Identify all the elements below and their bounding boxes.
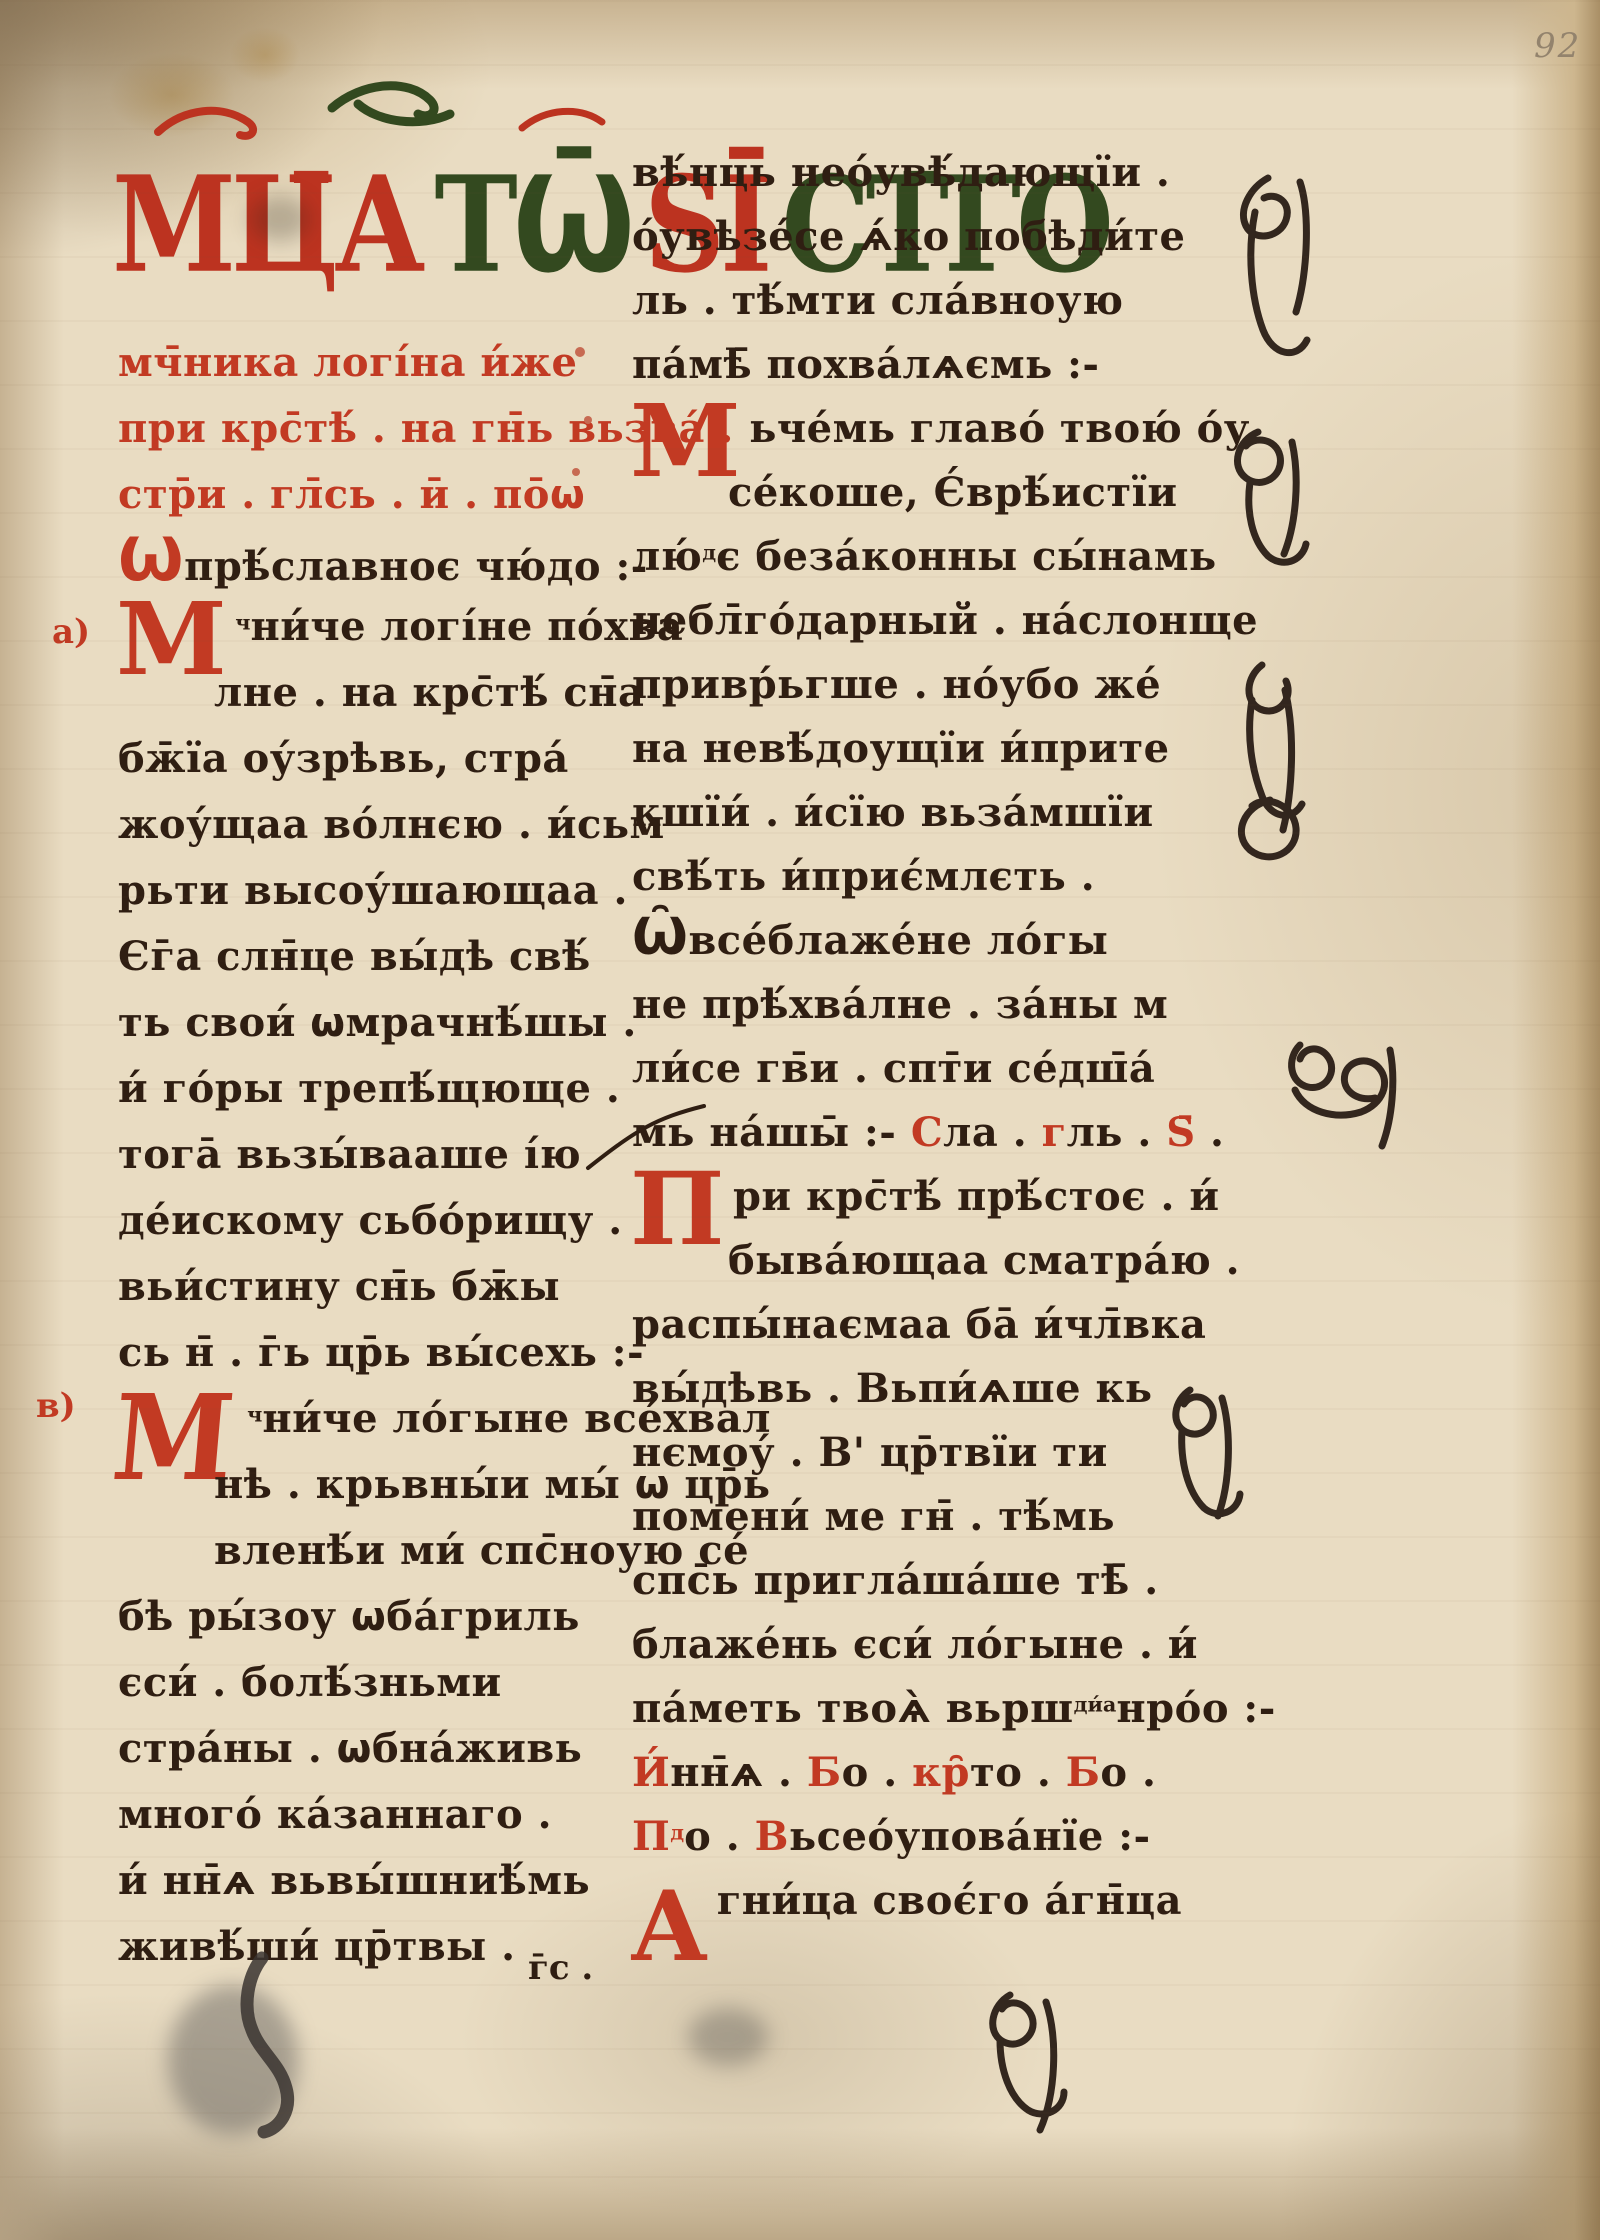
text-segment: ль . тѣ́мти сла́вноую — [632, 277, 1124, 324]
text-line: Агни́ца своє́го а́гн̄ца — [632, 1876, 1152, 1940]
text-segment: вьи́стину сн̄ь бж̄ы — [118, 1263, 560, 1310]
text-segment: мч̄ника логі́на и́же — [118, 339, 577, 386]
text-segment: быва́ющаа сматра́ю . — [728, 1237, 1240, 1284]
ink-smudge-bottom-left — [168, 1985, 298, 2135]
text-segment: Ѕ̄ — [1166, 1109, 1195, 1156]
text-segment: ни́че логі́не по́хва — [250, 603, 683, 650]
text-line: спс̄ь пригла́ша́ше тѣ̄ . — [632, 1556, 1152, 1620]
text-line: и́ нн̄ѧ вьвы́шниѣ́мь — [118, 1856, 630, 1922]
text-segment: де́искому сьбо́рищу . — [118, 1197, 623, 1244]
text-segment: па́меть твоѧ̀ вьрш — [632, 1685, 1074, 1732]
text-segment: є беза́конны сы́намь — [716, 533, 1217, 580]
text-segment: гни́ца своє́го а́гн̄ца — [717, 1877, 1182, 1924]
text-line: се́коше, Є́врѣ́истїи — [632, 468, 1152, 532]
text-segment: д — [702, 540, 716, 565]
text-line: привр́ьгше . но́убо же́ — [632, 660, 1152, 724]
text-segment: блаже́нь єси́ ло́гыне . и́ — [632, 1621, 1198, 1668]
text-segment: П — [632, 1813, 670, 1860]
text-line: ли́се гв̄и . спт̄и се́дш̄а́ — [632, 1044, 1152, 1108]
text-line: распы́наємаа ба̄ и́чл̄вка — [632, 1300, 1152, 1364]
text-segment: мь на́шы̄ :- — [632, 1109, 911, 1156]
text-line: Мчни́че логі́не по́хва — [118, 602, 630, 668]
text-segment: г — [1042, 1109, 1067, 1156]
text-line: Пдо . Вьсео́упова́нїе :- — [632, 1812, 1152, 1876]
margin-scribble-4 — [1292, 1045, 1393, 1146]
text-segment: д — [670, 1820, 684, 1845]
text-segment: лю́ — [632, 533, 702, 580]
text-segment: о . — [1100, 1749, 1156, 1796]
text-segment: ль . — [1067, 1109, 1167, 1156]
text-line: лне . на крс̄тѣ́ сн̄а — [118, 668, 630, 734]
text-segment: и́ го́ры трепѣ́щюще . — [118, 1065, 620, 1112]
text-segment: на невѣ́доущїи и́прите — [632, 725, 1170, 772]
text-segment: нн̄ѧ . — [670, 1749, 807, 1796]
left-text-column: мч̄ника логі́на и́жепри крс̄тѣ́ . на гн̄… — [118, 338, 630, 1988]
text-line: єси́ . болѣ́зньми — [118, 1658, 630, 1724]
text-segment: . — [1196, 1109, 1225, 1156]
text-segment: рьти высоу́шающаа . — [118, 867, 628, 914]
manuscript-photo: { "page": { "folio_number": "92", "catch… — [0, 0, 1600, 2240]
text-segment: вы́дѣвь . Вьпи́ѧше кь — [632, 1365, 1152, 1412]
text-line: о́увѣзе́се ѧ́ко побѣди́те — [632, 212, 1152, 276]
text-segment: И́ — [632, 1749, 670, 1796]
text-line: небл̄го́дарный . на́слонще — [632, 596, 1152, 660]
right-text-column: вѣ́нць нео́увѣ́дающїи .о́увѣзе́се ѧ́ко п… — [632, 148, 1152, 1940]
text-segment: Ѡ̑ — [632, 907, 688, 967]
text-line: ль . тѣ́мти сла́вноую — [632, 276, 1152, 340]
text-segment: ди́а — [1074, 1692, 1117, 1717]
text-line: нємоу́ . В' цр̄твїи ти — [632, 1428, 1152, 1492]
text-segment: стра́ны . ѡбна́живь — [118, 1725, 582, 1772]
text-segment: ри крс̄тѣ́ прѣ́стоє . и́ — [733, 1173, 1220, 1220]
text-segment: ть свои́ ѡмрачнѣ́шы . — [118, 999, 637, 1046]
text-segment: ьсео́упова́нїе :- — [789, 1813, 1151, 1860]
text-line: свѣ́ть и́приє́млєть . — [632, 852, 1152, 916]
text-line: рьти высоу́шающаа . — [118, 866, 630, 932]
text-segment: Б — [807, 1749, 842, 1796]
text-line: вѣ́нць нео́увѣ́дающїи . — [632, 148, 1152, 212]
text-line: тога̄ вьзы́вааше і́ю — [118, 1130, 630, 1196]
text-segment: жоу́щаа во́лнєю . и́сьм — [118, 801, 665, 848]
text-line: при крс̄тѣ́ . на гн̄ь вьзва́ . — [118, 404, 630, 470]
text-segment: вѣ́нць нео́увѣ́дающїи . — [632, 149, 1170, 196]
text-segment: привр́ьгше . но́убо же́ — [632, 661, 1161, 708]
text-segment: єси́ . болѣ́зньми — [118, 1659, 502, 1706]
text-segment: Б — [1066, 1749, 1101, 1796]
text-line: Мьче́мь главо́ твою́ о́у — [632, 404, 1152, 468]
text-line: блаже́нь єси́ ло́гыне . и́ — [632, 1620, 1152, 1684]
text-segment: па́мѣ̄ похва́лѧємь :- — [632, 341, 1100, 388]
text-line: При крс̄тѣ́ прѣ́стоє . и́ — [632, 1172, 1152, 1236]
margin-scribble-1 — [1243, 178, 1307, 353]
margin-scribble-5 — [1176, 1390, 1240, 1516]
text-segment: ла . — [943, 1109, 1041, 1156]
text-line: много́ ка́заннаго . — [118, 1790, 630, 1856]
text-line: помени́ ме гн̄ . тѣ́мь — [632, 1492, 1152, 1556]
text-segment: о . — [842, 1749, 912, 1796]
text-line: Мчни́че ло́гыне все́хвал — [118, 1394, 630, 1460]
text-line: бѣ ры́зоу ѡба́гриль — [118, 1592, 630, 1658]
text-segment: живѣ́ши́ цр̄твы . — [118, 1923, 516, 1970]
text-line: И́нн̄ѧ . Бо . кр̑то . Бо . — [632, 1748, 1152, 1812]
text-segment: тога̄ вьзы́вааше і́ю — [118, 1131, 581, 1178]
title-group-2: ТѠ̄ — [434, 148, 630, 303]
text-line: на невѣ́доущїи и́прите — [632, 724, 1152, 788]
text-line: мч̄ника логі́на и́же — [118, 338, 630, 404]
text-segment: ч — [247, 1402, 262, 1427]
margin-stichera-mark-2: в) — [36, 1386, 76, 1426]
folio-number: 92 — [1534, 26, 1581, 66]
margin-scribble-6 — [993, 1995, 1064, 2130]
text-segment: А — [630, 1888, 709, 1967]
text-segment: се́коше, Є́врѣ́истїи — [728, 469, 1178, 516]
margin-scribble-3 — [1241, 665, 1302, 857]
text-segment: о . — [684, 1813, 754, 1860]
text-segment: ли́се гв̄и . спт̄и се́дш̄а́ — [632, 1045, 1155, 1092]
text-segment: кр̑ — [912, 1749, 970, 1796]
text-segment: бѣ ры́зоу ѡба́гриль — [118, 1593, 580, 1640]
text-segment: бж̄їа оу́зрѣвь, стра́ — [118, 735, 569, 782]
ink-smudge-bottom-center — [688, 2008, 768, 2066]
text-segment: лне . на крс̄тѣ́ сн̄а — [214, 669, 644, 716]
text-line: нѣ . крьвны́и мы́ ѡ цр̄ь — [118, 1460, 630, 1526]
text-line: Ѡ̑все́блаже́не ло́гы — [632, 916, 1152, 980]
text-segment: свѣ́ть и́приє́млєть . — [632, 853, 1095, 900]
text-line: ть свои́ ѡмрачнѣ́шы . — [118, 998, 630, 1064]
text-line: стра́ны . ѡбна́живь — [118, 1724, 630, 1790]
text-segment: прѣ́славноє чю́до :- — [184, 543, 648, 590]
text-segment: С — [911, 1109, 943, 1156]
text-segment: спс̄ь пригла́ша́ше тѣ̄ . — [632, 1557, 1159, 1604]
text-segment: ч — [235, 610, 250, 635]
margin-stichera-mark-1: а) — [52, 612, 90, 652]
text-segment: Єг̄а слн̄це вы́дѣ свѣ́ — [118, 933, 591, 980]
text-line: жоу́щаа во́лнєю . и́сьм — [118, 800, 630, 866]
text-segment: и́ нн̄ѧ вьвы́шниѣ́мь — [118, 1857, 590, 1904]
text-segment: кшїи́ . и́сїю вьза́мшїи — [632, 789, 1154, 836]
text-segment: небл̄го́дарный . на́слонще — [632, 597, 1258, 644]
text-line: па́меть твоѧ̀ вьршди́анро́о :- — [632, 1684, 1152, 1748]
text-line: бж̄їа оу́зрѣвь, стра́ — [118, 734, 630, 800]
text-segment: то . — [970, 1749, 1066, 1796]
ink-smudge-header — [250, 196, 310, 242]
text-segment: не прѣ́хва́лне . за́ны м — [632, 981, 1168, 1028]
text-line: вы́дѣвь . Вьпи́ѧше кь — [632, 1364, 1152, 1428]
text-line: не прѣ́хва́лне . за́ны м — [632, 980, 1152, 1044]
manuscript-page: МЦ̄АТѠ̄ЅІ̄СТ̄ГО мч̄ника логі́на и́жепри … — [0, 0, 1600, 2240]
text-segment: стр̄и . гл̄сь . ӣ . по̄ѡ — [118, 471, 585, 518]
text-line: де́искому сьбо́рищу . — [118, 1196, 630, 1262]
text-segment: все́блаже́не ло́гы — [688, 917, 1108, 964]
text-segment: помени́ ме гн̄ . тѣ́мь — [632, 1493, 1115, 1540]
text-line: Єг̄а слн̄це вы́дѣ свѣ́ — [118, 932, 630, 998]
text-segment: нємоу́ . В' цр̄твїи ти — [632, 1429, 1108, 1476]
text-segment: распы́наємаа ба̄ и́чл̄вка — [632, 1301, 1206, 1348]
text-line: лю́дє беза́конны сы́намь — [632, 532, 1152, 596]
text-line: кшїи́ . и́сїю вьза́мшїи — [632, 788, 1152, 852]
text-segment: В — [755, 1813, 789, 1860]
text-segment: нро́о :- — [1116, 1685, 1275, 1732]
text-line: стр̄и . гл̄сь . ӣ . по̄ѡ — [118, 470, 630, 536]
text-segment: о́увѣзе́се ѧ́ко побѣди́те — [632, 213, 1186, 260]
text-line: быва́ющаа сматра́ю . — [632, 1236, 1152, 1300]
text-line: и́ го́ры трепѣ́щюще . — [118, 1064, 630, 1130]
text-line: вленѣ́и ми́ спс̄ноую се́ — [118, 1526, 630, 1592]
text-line: вьи́стину сн̄ь бж̄ы — [118, 1262, 630, 1328]
text-segment: много́ ка́заннаго . — [118, 1791, 552, 1838]
catchword: г̄с . — [528, 1948, 593, 1988]
text-segment: ьче́мь главо́ твою́ о́у — [749, 405, 1250, 452]
